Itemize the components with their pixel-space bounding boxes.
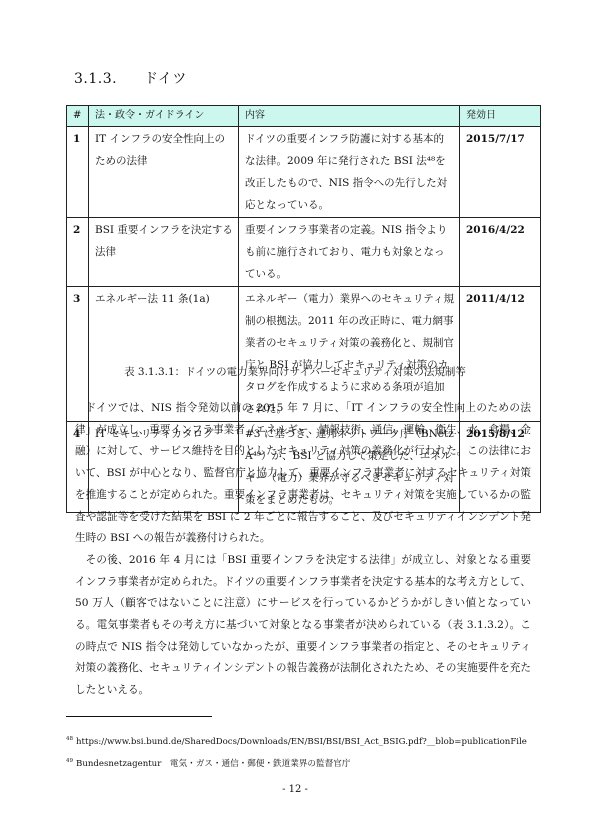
row-content: 重要インフラ事業者の定義。NIS 指令よりも前に施行されており、電力も対象となっ… xyxy=(239,218,460,287)
header-date: 発効日 xyxy=(460,106,541,127)
page-number: - 12 - xyxy=(0,784,590,795)
section-title: ドイツ xyxy=(144,71,187,87)
footnote: 49Bundesnetzagentur 電気・ガス・通信・郵便・鉄道業界の監督官… xyxy=(66,757,350,769)
table-header-row: # 法・政令・ガイドライン 内容 発効日 xyxy=(67,106,541,127)
table-row: 2 BSI 重要インフラを決定する法律 重要インフラ事業者の定義。NIS 指令よ… xyxy=(67,218,541,287)
row-date: 2015/7/17 xyxy=(460,127,541,218)
footnote-mark: 48 xyxy=(66,736,73,742)
row-num: 2 xyxy=(67,218,89,287)
table-caption: 表 3.1.3.1：ドイツの電力業界向けサイバーセキュリティ対策の法規制等 xyxy=(0,364,590,379)
footnote: 48https://www.bsi.bund.de/SharedDocs/Dow… xyxy=(66,736,527,747)
header-content: 内容 xyxy=(239,106,460,127)
row-law: IT インフラの安全性向上のための法律 xyxy=(89,127,239,218)
document-page: 3.1.3. ドイツ # 法・政令・ガイドライン 内容 発効日 1 IT インフ… xyxy=(0,0,590,837)
row-law: BSI 重要インフラを決定する法律 xyxy=(89,218,239,287)
body-text: ドイツでは、NIS 指令発効以前の 2015 年 7 月に、「IT インフラの安… xyxy=(75,398,531,702)
footnote-link[interactable]: https://www.bsi.bund.de/SharedDocs/Downl… xyxy=(76,737,527,747)
paragraph: ドイツでは、NIS 指令発効以前の 2015 年 7 月に、「IT インフラの安… xyxy=(75,398,531,550)
paragraph: その後、2016 年 4 月には「BSI 重要インフラを決定する法律」が成立し、… xyxy=(75,550,531,702)
row-date: 2016/4/22 xyxy=(460,218,541,287)
section-number: 3.1.3. xyxy=(74,71,117,87)
table-row: 1 IT インフラの安全性向上のための法律 ドイツの重要インフラ防護に対する基本… xyxy=(67,127,541,218)
header-law: 法・政令・ガイドライン xyxy=(89,106,239,127)
section-heading: 3.1.3. ドイツ xyxy=(74,68,187,88)
header-num: # xyxy=(67,106,89,127)
row-content: ドイツの重要インフラ防護に対する基本的な法律。2009 年に発行された BSI … xyxy=(239,127,460,218)
footnote-mark: 49 xyxy=(66,758,73,764)
footnote-divider xyxy=(66,716,212,717)
footnote-text: Bundesnetzagentur 電気・ガス・通信・郵便・鉄道業界の監督官庁 xyxy=(76,759,350,769)
row-num: 1 xyxy=(67,127,89,218)
